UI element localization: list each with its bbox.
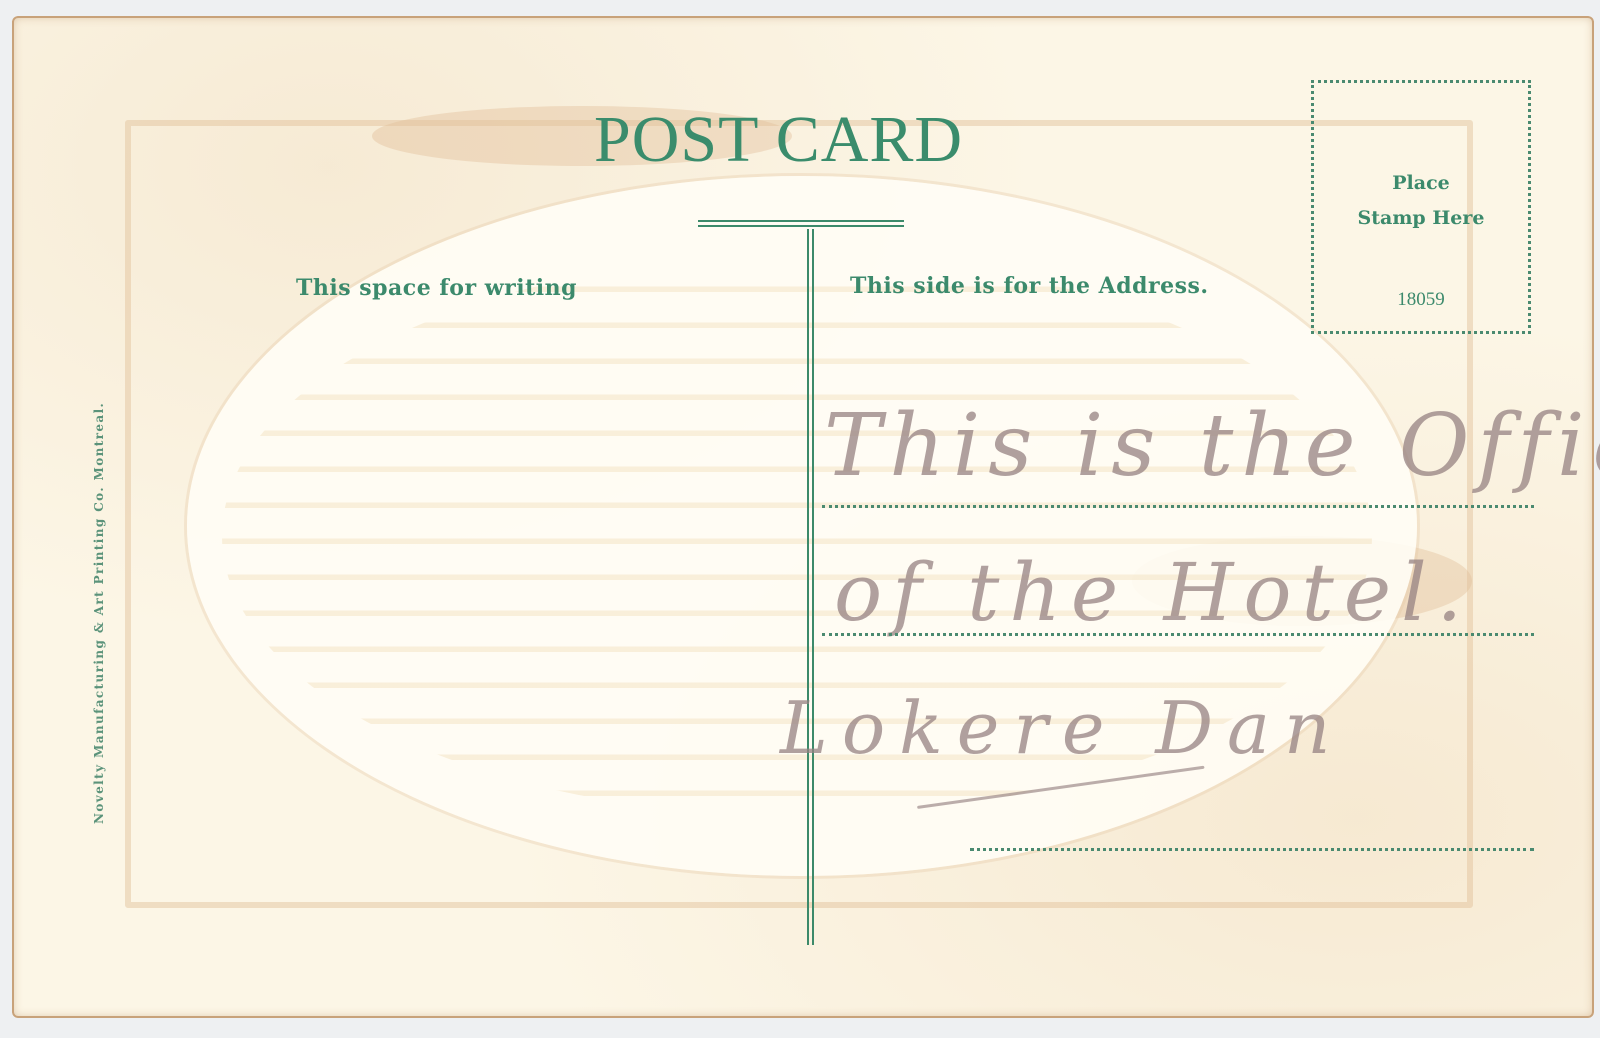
stamp-label-line2: Stamp Here	[1314, 201, 1528, 236]
stamp-box: Place Stamp Here 18059	[1311, 80, 1531, 334]
handwritten-line-3: Lokere Dan	[780, 686, 1344, 770]
stamp-label-line1: Place	[1314, 166, 1528, 201]
handwritten-line-2: of the Hotel.	[834, 546, 1472, 639]
printer-credit: Novelty Manufacturing & Art Printing Co.…	[92, 402, 106, 824]
address-line-3	[970, 848, 1534, 851]
card-number: 18059	[1314, 289, 1528, 311]
postcard-back: Novelty Manufacturing & Art Printing Co.…	[12, 16, 1594, 1018]
card-title: POST CARD	[594, 102, 963, 178]
center-divider	[807, 229, 814, 945]
title-divider	[698, 220, 904, 227]
address-line-2	[822, 633, 1534, 636]
writing-space-label: This space for writing	[296, 275, 577, 301]
address-line-1	[822, 505, 1534, 508]
address-side-label: This side is for the Address.	[850, 273, 1209, 299]
handwritten-line-1: This is the Offic	[824, 396, 1600, 496]
